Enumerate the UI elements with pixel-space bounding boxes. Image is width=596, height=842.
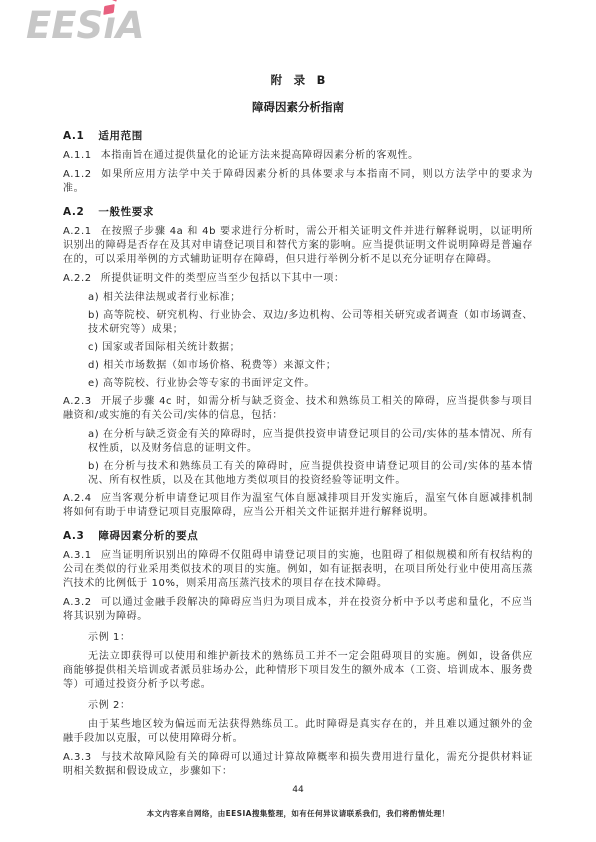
- section-heading-a3: A.3障碍因素分析的要点: [63, 528, 533, 543]
- list-item-a23-b: b) 在分析与技术和熟练员工有关的障碍时，应当提供投资申请登记项目的公司/实体的…: [63, 460, 533, 488]
- clause-a12: A.1.2如果所应用方法学中关于障碍因素分析的具体要求与本指南不同，则以方法学中…: [63, 168, 533, 196]
- example-2-label: 示例 2：: [63, 699, 533, 713]
- clause-number: A.2.2: [63, 273, 92, 284]
- clause-a21: A.2.1在按照子步骤 4a 和 4b 要求进行分析时，需公开相关证明文件并进行…: [63, 225, 533, 267]
- list-item-a22-c: c) 国家或者国际相关统计数据；: [63, 341, 533, 355]
- logo-speck-icon: [113, 0, 118, 2]
- document-title: 障碍因素分析指南: [63, 99, 533, 115]
- clause-text: 所提供证明文件的类型应当至少包括以下其中一项：: [101, 273, 345, 284]
- clause-text: 与技术故障风险有关的障碍可以通过计算故障概率和损失费用进行量化，需充分提供材料证…: [63, 752, 533, 777]
- clause-text: 如果所应用方法学中关于障碍因素分析的具体要求与本指南不同，则以方法学中的要求为准…: [63, 169, 533, 194]
- example-1-label: 示例 1：: [63, 631, 533, 645]
- section-title: 适用范围: [98, 130, 142, 142]
- clause-text: 在按照子步骤 4a 和 4b 要求进行分析时，需公开相关证明文件并进行解释说明，…: [63, 226, 533, 265]
- clause-text: 应当客观分析申请登记项目作为温室气体自愿减排项目开发实施后，温室气体自愿减排机制…: [63, 493, 533, 518]
- section-heading-a1: A.1适用范围: [63, 128, 533, 143]
- clause-text: 应当证明所识别出的障碍不仅阻碍申请登记项目的实施，也阻碍了相似规模和所有权结构的…: [63, 550, 533, 589]
- document-content: 附 录 B 障碍因素分析指南 A.1适用范围 A.1.1本指南旨在通过提供量化的…: [63, 72, 533, 784]
- section-number: A.1: [63, 130, 84, 142]
- section-heading-a2: A.2一般性要求: [63, 204, 533, 219]
- clause-a22: A.2.2所提供证明文件的类型应当至少包括以下其中一项：: [63, 272, 533, 286]
- clause-number: A.2.3: [63, 396, 92, 407]
- clause-text: 本指南旨在通过提供量化的论证方法来提高障碍因素分析的客观性。: [101, 150, 419, 161]
- clause-number: A.1.2: [63, 169, 92, 180]
- clause-text: 可以通过金融手段解决的障碍应当归为项目成本，并在投资分析中予以考虑和量化，不应当…: [63, 597, 533, 622]
- section-title: 障碍因素分析的要点: [98, 530, 198, 542]
- clause-number: A.3.2: [63, 597, 92, 608]
- document-page: EESıA 附 录 B 障碍因素分析指南 A.1适用范围 A.1.1本指南旨在通…: [0, 0, 596, 842]
- footer-note: 本文内容来自网络，由EESIA搜集整理，如有任何异议请联系我们，我们将酌情处理！: [0, 808, 596, 819]
- clause-a24: A.2.4应当客观分析申请登记项目作为温室气体自愿减排项目开发实施后，温室气体自…: [63, 492, 533, 520]
- section-number: A.2: [63, 206, 84, 218]
- clause-number: A.1.1: [63, 150, 92, 161]
- list-item-a22-e: e) 高等院校、行业协会等专家的书面评定文件。: [63, 377, 533, 391]
- clause-a31: A.3.1应当证明所识别出的障碍不仅阻碍申请登记项目的实施，也阻碍了相似规模和所…: [63, 549, 533, 591]
- clause-number: A.3.3: [63, 752, 92, 763]
- section-title: 一般性要求: [98, 206, 154, 218]
- list-item-a23-a: a) 在分析与缺乏资金有关的障碍时，应当提供投资申请登记项目的公司/实体的基本情…: [63, 428, 533, 456]
- list-item-a22-a: a) 相关法律法规或者行业标准；: [63, 291, 533, 305]
- clause-number: A.2.1: [63, 226, 92, 237]
- clause-a32: A.3.2可以通过金融手段解决的障碍应当归为项目成本，并在投资分析中予以考虑和量…: [63, 596, 533, 624]
- page-number: 44: [0, 785, 596, 795]
- clause-a23: A.2.3开展子步骤 4c 时，如需分析与缺乏资金、技术和熟练员工相关的障碍，应…: [63, 395, 533, 423]
- clause-text: 开展子步骤 4c 时，如需分析与缺乏资金、技术和熟练员工相关的障碍，应当提供参与…: [63, 396, 533, 421]
- list-item-a22-b: b) 高等院校、研究机构、行业协会、双边/多边机构、公司等相关研究或者调查（如市…: [63, 309, 533, 337]
- appendix-title: 附 录 B: [63, 72, 533, 88]
- clause-number: A.3.1: [63, 550, 92, 561]
- list-item-a22-d: d) 相关市场数据（如市场价格、税费等）来源文件；: [63, 359, 533, 373]
- logo-text-suffix: A: [116, 4, 145, 47]
- logo-letter-i: ı: [103, 6, 116, 46]
- logo-text-prefix: EES: [26, 4, 103, 47]
- clause-a11: A.1.1本指南旨在通过提供量化的论证方法来提高障碍因素分析的客观性。: [63, 149, 533, 163]
- clause-number: A.2.4: [63, 493, 92, 504]
- example-1-text: 无法立即获得可以使用和维护新技术的熟练员工并不一定会阻碍项目的实施。例如，设备供…: [63, 650, 533, 692]
- clause-a33: A.3.3与技术故障风险有关的障碍可以通过计算故障概率和损失费用进行量化，需充分…: [63, 751, 533, 779]
- example-2-text: 由于某些地区较为偏远而无法获得熟练员工。此时障碍是真实存在的，并且难以通过额外的…: [63, 718, 533, 746]
- section-number: A.3: [63, 530, 84, 542]
- eesia-logo: EESıA: [26, 6, 145, 46]
